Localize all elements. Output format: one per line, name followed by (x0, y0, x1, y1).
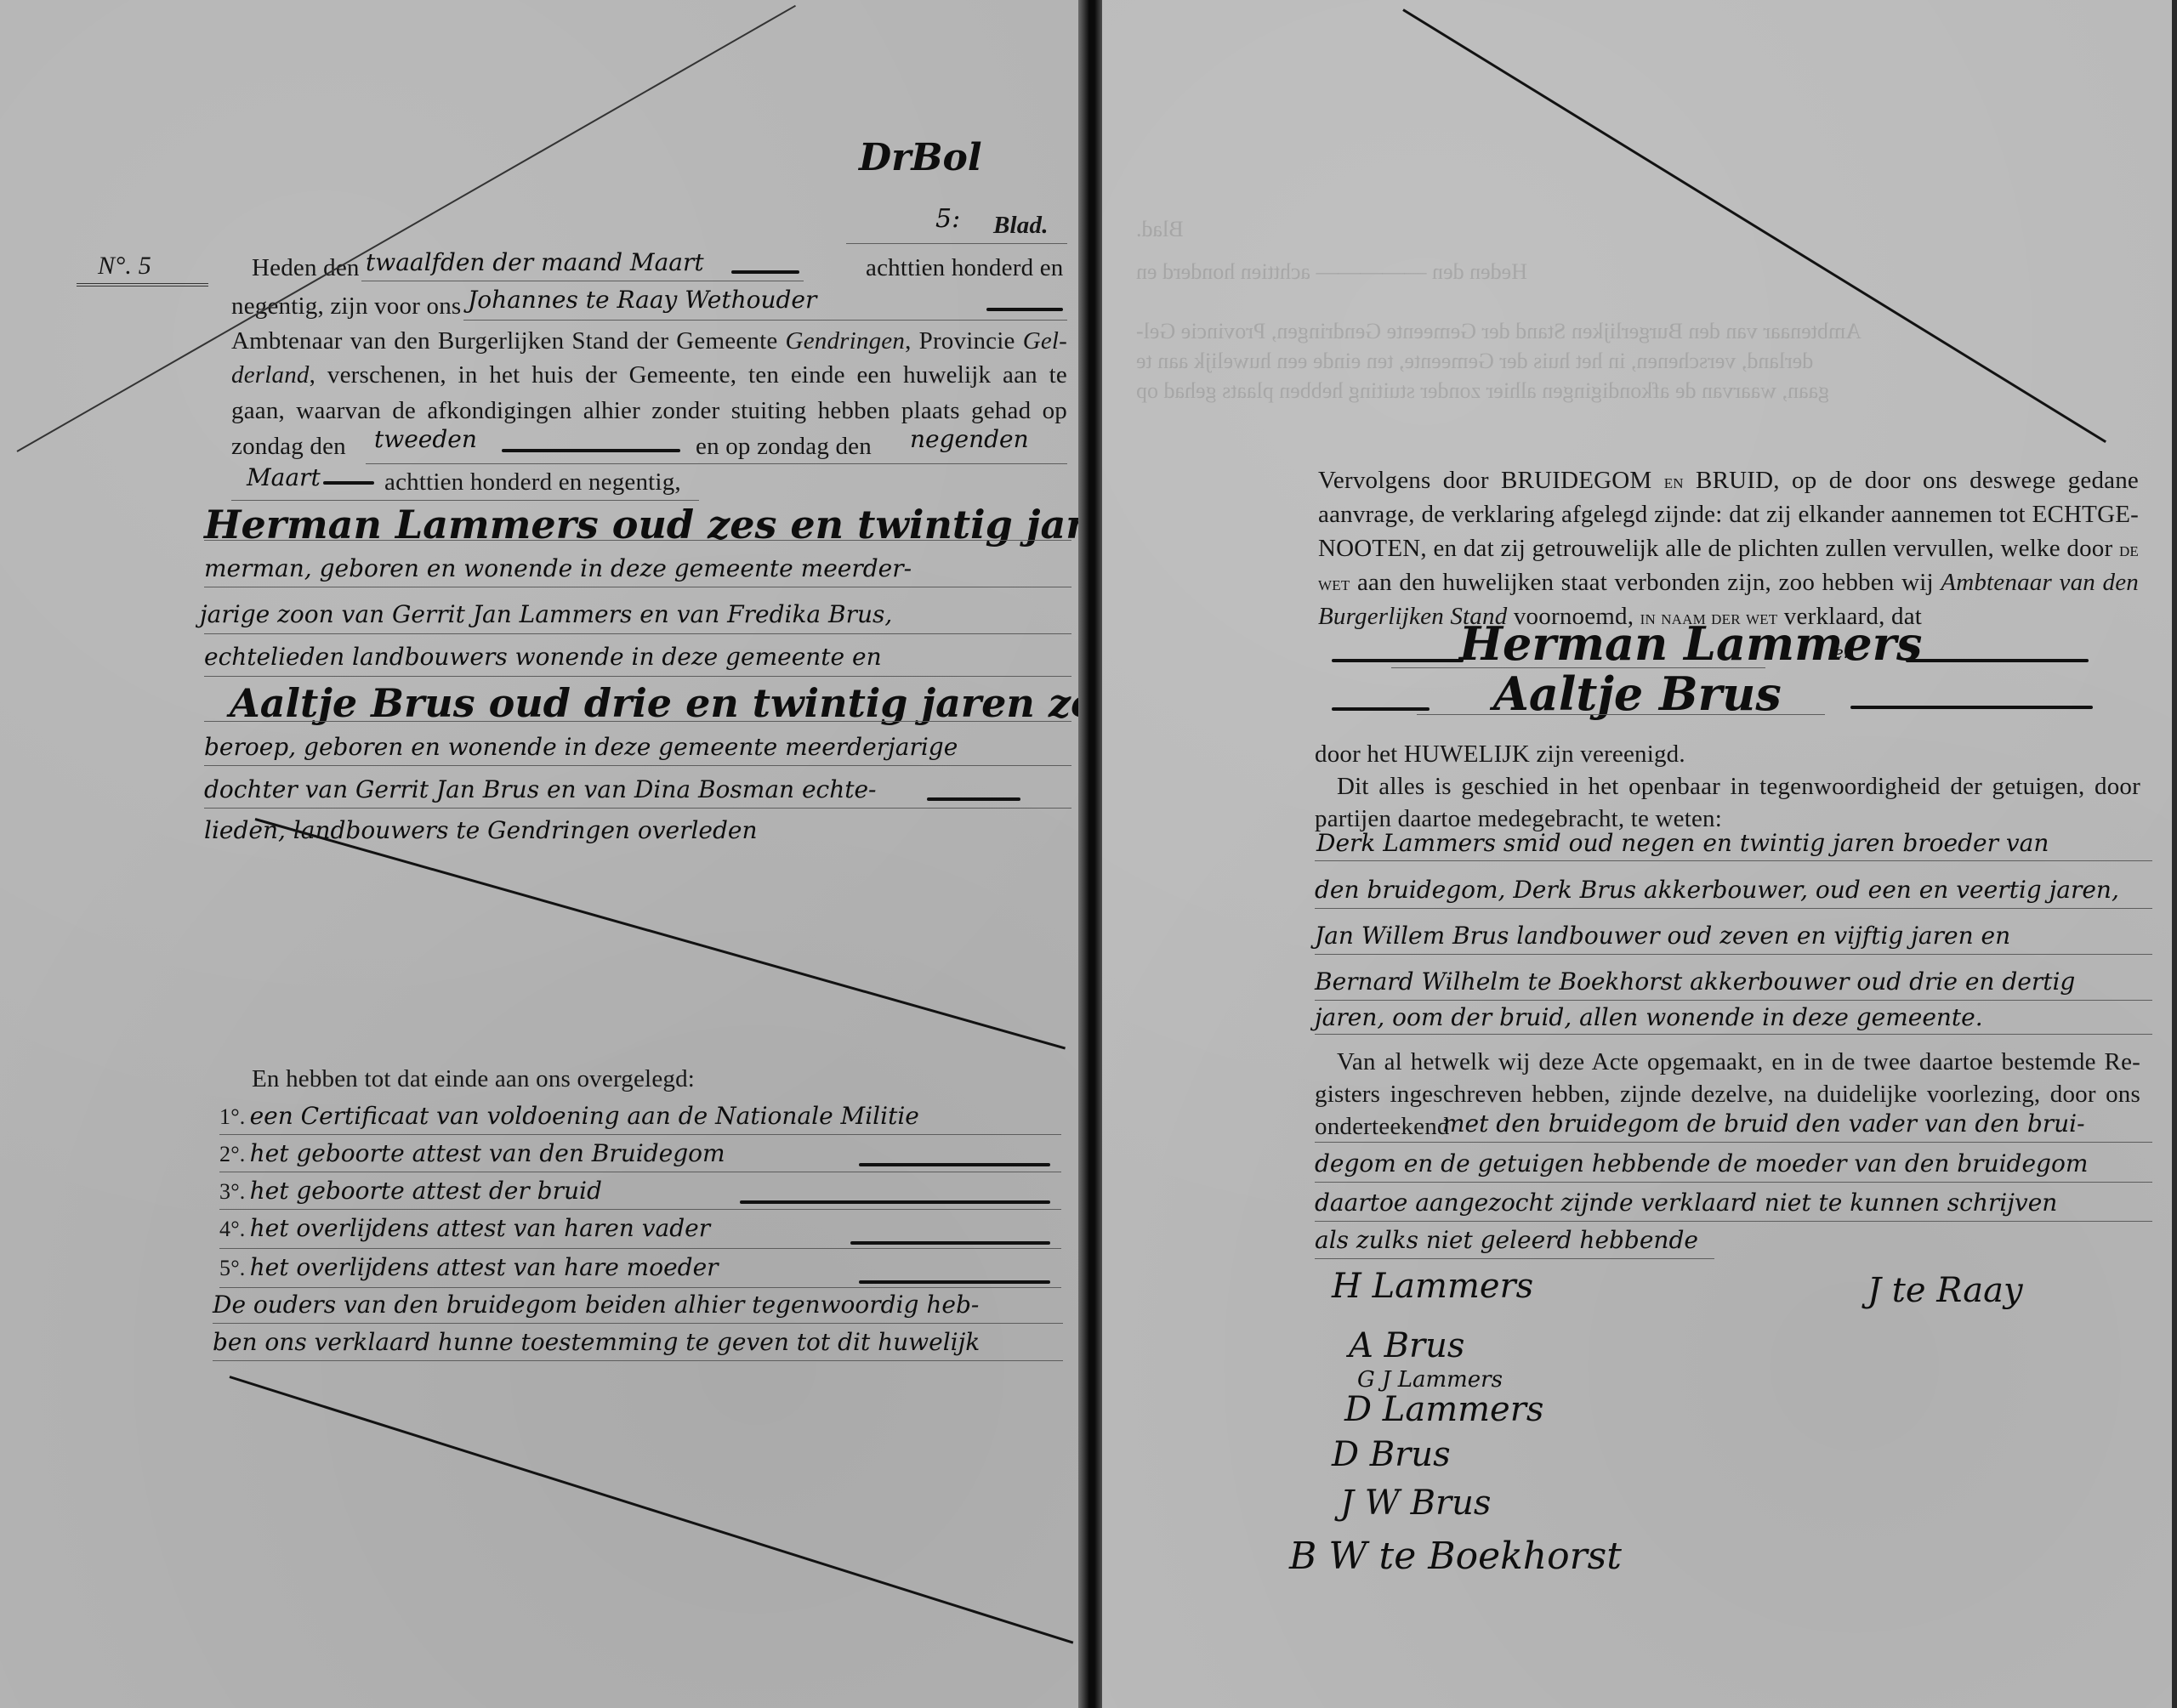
fill-dash (1332, 659, 1464, 662)
annotation-top: DrBol (859, 136, 982, 179)
closing-hand-line: degom en de getuigen hebbende de moeder … (1315, 1149, 2088, 1177)
fill-dash (859, 1163, 1050, 1166)
handwritten-line: Aaltje Brus oud drie en twintig jaren zo… (230, 680, 1198, 726)
signature: A Brus (1349, 1326, 1464, 1365)
blad-number: 5: (935, 204, 960, 234)
witness-line: Jan Willem Brus landbouwer oud zeven en … (1315, 922, 2010, 950)
witness-intro-line: Dit alles is geschied in het openbaar in… (1337, 772, 2140, 802)
right-page: Blad. Heden den ————— achttien honderd e… (1102, 0, 2177, 1708)
fill-dash (731, 270, 799, 274)
handwritten-line: echtelieden landbouwers wonende in deze … (204, 643, 882, 671)
record-number: N°. 5 (98, 251, 151, 281)
page-edge (2172, 0, 2177, 1708)
handwritten-line: dochter van Gerrit Jan Brus en van Dina … (204, 775, 877, 803)
fill-dash (502, 449, 680, 452)
document-item: 5°. het overlijdens attest van hare moed… (219, 1253, 719, 1283)
united-text: door het HUWELIJK zijn vereenigd. (1315, 740, 1685, 769)
document-item: 1°. een Certificaat van voldoening aan d… (219, 1102, 919, 1132)
line-rule (213, 1360, 1063, 1361)
line-rule (1315, 1182, 2152, 1183)
witness-line: Derk Lammers smid oud negen en twintig j… (1316, 829, 2049, 857)
intro-line1-pre: Heden den (252, 253, 360, 283)
official-signature: J te Raay (1867, 1271, 2023, 1310)
line-rule (1315, 954, 2152, 955)
fill-dash (986, 308, 1063, 311)
witness-line: den bruidegom, Derk Brus akkerbouwer, ou… (1315, 876, 2119, 904)
signature: G J Lammers (1357, 1367, 1503, 1393)
document-item: 4°. het overlijdens attest van haren vad… (219, 1214, 710, 1244)
intro-line2-pre: negentig, zijn voor ons (231, 292, 461, 321)
fill-dash (927, 797, 1020, 801)
handwritten-line: jarige zoon van Gerrit Jan Lammers en va… (200, 600, 892, 628)
couple-bride-name: Aaltje Brus (1493, 667, 1782, 721)
first-sunday-hand: tweeden (374, 425, 477, 453)
record-number-underline (77, 283, 208, 287)
line-rule (204, 721, 1071, 722)
cancel-line-middle (255, 818, 1066, 1049)
bleed-through-text: derland, verschenen, in het huis der Gem… (1136, 349, 1813, 374)
declaration-line: aanvrage, de verklaring afgelegd zijnde:… (1318, 500, 2139, 530)
second-sunday-hand: negenden (910, 425, 1029, 453)
handwritten-line: beroep, geboren en wonende in deze gemee… (204, 733, 958, 761)
intro-line7-post: achttien honderd en negentig, (384, 468, 681, 497)
month-hand: Maart (247, 463, 321, 491)
line-rule (1315, 1142, 2152, 1143)
line-rule (1417, 714, 1825, 715)
intro-line5: gaan, waarvan de afkondigingen alhier zo… (231, 396, 1067, 426)
document-item: 3°. het geboorte attest der bruid (219, 1177, 602, 1206)
witness-line: jaren, oom der bruid, allen wonende in d… (1315, 1003, 1983, 1031)
line-rule (1315, 1000, 2152, 1001)
fill-rule (366, 463, 1067, 464)
line-rule (219, 1209, 1061, 1210)
declaration-line: NOOTEN, en dat zij getrouwelijk alle de … (1318, 534, 2139, 565)
handwritten-line: merman, geboren en wonende in deze gemee… (204, 554, 912, 582)
bleed-through-text: Blad. (1136, 217, 1184, 242)
consent-note-line: De ouders van den bruidegom beiden alhie… (213, 1291, 979, 1319)
fill-rule (361, 281, 804, 281)
declaration-line: Vervolgens door BRUIDEGOM en BRUID, op d… (1318, 466, 2139, 497)
blad-label: Blad. (993, 211, 1049, 241)
line-rule (204, 540, 1071, 541)
closing-line: Van al hetwelk wij deze Acte opgemaakt, … (1337, 1047, 2140, 1077)
handwritten-line: lieden, landbouwers te Gendringen overle… (204, 816, 758, 844)
intro-line6-pre: zondag den (231, 432, 346, 462)
line-rule (219, 1248, 1061, 1249)
closing-line: onderteekend (1315, 1112, 1450, 1142)
bleed-through-text: Ambtenaar van den Burgerlijken Stand der… (1136, 319, 1862, 344)
line-rule (1315, 1221, 2152, 1222)
official-name-hand: Johannes te Raay Wethouder (468, 286, 816, 314)
signature: D Lammers (1344, 1390, 1543, 1429)
signature: J W Brus (1340, 1484, 1491, 1523)
intro-line4: derland, verschenen, in het huis der Gem… (231, 360, 1067, 390)
cancel-line-bottom (230, 1376, 1074, 1644)
line-rule (204, 808, 1071, 809)
line-rule (219, 1287, 1061, 1288)
line-rule (1315, 1034, 2152, 1035)
line-rule (204, 765, 1071, 766)
line-rule (1315, 908, 2152, 909)
bleed-through-text: Heden den ————— achttien honderd en (1136, 259, 1527, 285)
intro-day-hand: twaalfden der maand Maart (366, 248, 704, 276)
line-rule (1315, 1258, 1714, 1259)
closing-line: gisters ingeschreven hebben, zijnde deze… (1315, 1080, 2140, 1109)
line-rule (204, 587, 1071, 587)
line-rule (219, 1172, 1061, 1172)
fill-dash (740, 1200, 1050, 1204)
fill-dash (850, 1241, 1050, 1245)
line-rule (204, 676, 1071, 677)
fill-dash (1332, 707, 1430, 711)
fill-dash (859, 1280, 1050, 1284)
signature: D Brus (1332, 1435, 1451, 1474)
couple-and: en (1833, 642, 1855, 662)
witness-line: Bernard Wilhelm te Boekhorst akkerbouwer… (1315, 967, 2075, 996)
fill-rule (463, 320, 1067, 321)
fill-dash (323, 481, 374, 485)
line-rule (1315, 860, 2152, 861)
fill-dash (1906, 659, 2089, 662)
line-rule (213, 1323, 1063, 1324)
declaration-line: wet aan den huwelijken staat verbonden z… (1318, 568, 2139, 599)
fill-dash (1850, 706, 2093, 709)
left-page: DrBol 5: Blad. N°. 5 Heden den twaalfden… (0, 0, 1082, 1708)
documents-intro: En hebben tot dat einde aan ons overgele… (252, 1064, 695, 1094)
closing-hand-line: daartoe aangezocht zijnde verklaard niet… (1315, 1189, 2057, 1217)
intro-line3: Ambtenaar van den Burgerlijken Stand der… (231, 326, 1067, 356)
line-rule (204, 633, 1071, 634)
fill-rule (231, 500, 699, 501)
consent-note-line: ben ons verklaard hunne toestemming te g… (213, 1328, 980, 1356)
document-item: 2°. het geboorte attest van den Bruidego… (219, 1139, 725, 1169)
signature: H Lammers (1332, 1267, 1533, 1306)
intro-line6-mid: en op zondag den (696, 432, 872, 462)
signature: B W te Boekhorst (1289, 1535, 1622, 1578)
line-rule (219, 1134, 1061, 1135)
closing-hand-line: met den bruidegom de bruid den vader van… (1442, 1109, 2085, 1138)
intro-line1-post: achttien honderd en (866, 253, 1064, 283)
blad-rule (846, 243, 1067, 244)
bleed-through-text: gaan, waarvan de afkondigingen alhier zo… (1136, 378, 1829, 404)
closing-hand-line: als zulks niet geleerd hebbende (1315, 1226, 1698, 1254)
